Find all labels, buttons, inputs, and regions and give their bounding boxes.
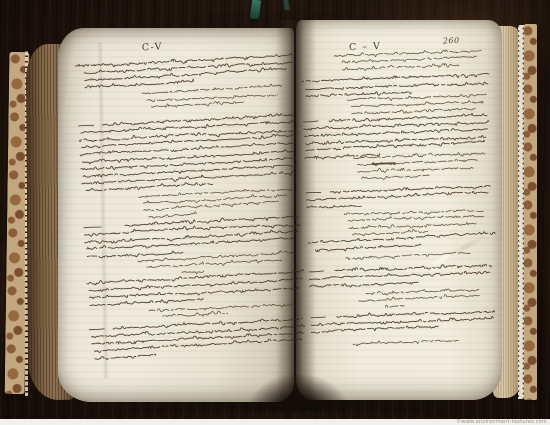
left-page-script: C-V <box>74 33 310 390</box>
watermark-text: ©www.environment-textures.com <box>456 419 550 425</box>
left-page-handwriting <box>74 33 310 390</box>
gutter-bottom-shadow <box>248 374 348 410</box>
right-page-script: C – V 260 <box>300 37 500 360</box>
right-page-handwriting <box>300 37 500 360</box>
gutter-shadow <box>276 20 316 402</box>
watermark-bar: ©www.environment-textures.com <box>0 419 550 425</box>
photo-open-manuscript-book: C-V C – V 260 ©www.environment-textures.… <box>0 0 550 425</box>
right-cover-marbled-edge <box>524 24 537 400</box>
